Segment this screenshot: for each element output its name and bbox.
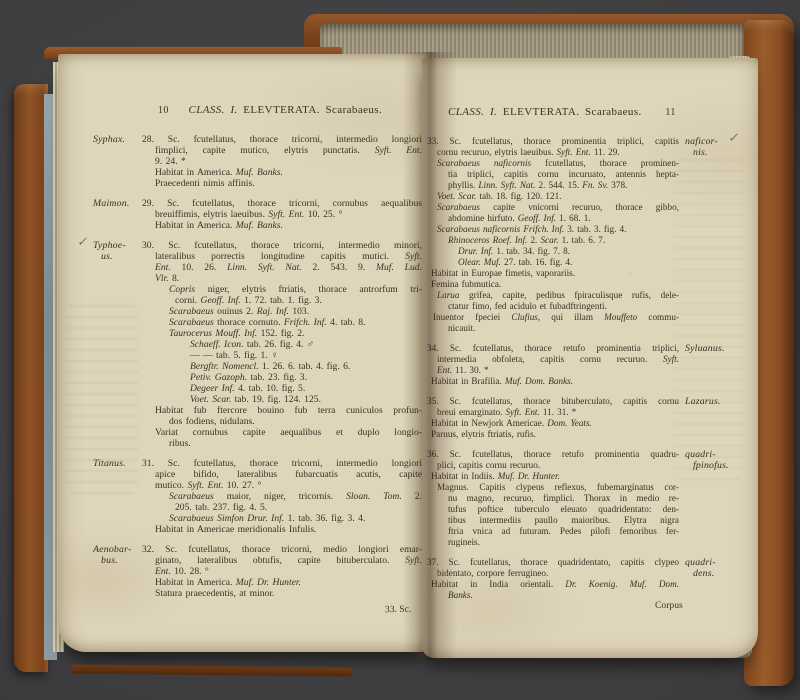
text-line: Scarabaeus maior, niger, tricornis. Sloa…	[142, 491, 422, 502]
text-line: Bergftr. Nomencl. 1. 26. 6. tab. 4. fig.…	[142, 361, 422, 372]
text-line: bidentato, corpore ferrugineo.dens.	[427, 568, 679, 579]
text-line: Vlr. 8.	[142, 273, 422, 284]
right-page-text-block: 33. Sc. fcutellatus, thorace prominentia…	[427, 136, 679, 601]
margin-species-label: dens.	[693, 568, 763, 579]
text-line: — — tab. 5. fig. 1. ♀	[142, 350, 422, 361]
text-line: Degeer Inf. 4. tab. 10. fig. 5.	[142, 383, 422, 394]
show-through-text	[674, 150, 744, 480]
text-line: Scarabaeus naficornis fcutellatus, thora…	[427, 158, 679, 169]
text-line: Femina fubmutica.	[427, 279, 679, 290]
text-line: tia triplici, capitis cornu incuruato, a…	[427, 169, 679, 180]
text-line: Petiv. Gazoph. tab. 23. fig. 3.	[142, 372, 422, 383]
book-photo: 10 CLASS. I. ELEVTERATA. Scarabaeus. 28.…	[0, 0, 800, 700]
margin-species-label: Lazarus.	[685, 396, 755, 407]
margin-species-label: Maimon.	[93, 198, 130, 209]
text-line: 37. Sc. fcutellatus, thorace quadridenta…	[427, 557, 679, 568]
left-page-header: 10 CLASS. I. ELEVTERATA. Scarabaeus.	[158, 104, 382, 116]
text-line: mutico. Syft. Ent. 10. 27. °	[142, 480, 422, 491]
margin-species-label: bus.	[101, 555, 118, 566]
text-line: Voet. Scar. tab. 18. fig. 120. 121.	[427, 191, 679, 202]
text-line: Schaeff. Icon. tab. 26. fig. 4. ♂	[142, 339, 422, 350]
right-page: CLASS. I. ELEVTERATA. Scarabaeus. 11 33.…	[422, 58, 758, 658]
text-line: 31. Sc. fcutellatus, thorace tricorni, i…	[142, 458, 422, 469]
margin-species-label: quadri-	[685, 449, 755, 460]
text-line: Habitat in Indiis. Muf. Dr. Hunter.	[427, 471, 679, 482]
text-line: Rhinoceros Roef. Inf. 2. Scar. 1. tab. 6…	[427, 235, 679, 246]
text-line: Scarabaeus Simfon Drur. Inf. 1. tab. 36.…	[142, 513, 422, 524]
text-line: Copris niger, elytris ftriatis, thorace …	[142, 284, 422, 295]
text-line: apice bifido, lateralibus fubarcuatis ac…	[142, 469, 422, 480]
text-line: Ent. 10. 28. °	[142, 566, 422, 577]
text-line: Voet. Scar. tab. 19. fig. 124. 125.	[142, 394, 422, 405]
text-line: 205. tab. 237. fig. 4. 5.	[142, 502, 422, 513]
text-line: 33. Sc. fcutellatus, thorace prominentia…	[427, 136, 679, 147]
text-line: ribus.	[142, 438, 422, 449]
text-line: Olear. Muf. 27. tab. 16. fig. 4.	[427, 257, 679, 268]
text-line: ctatur fimo, fed acidulo et fubadftringe…	[427, 301, 679, 312]
text-line: 30. Sc. fcutellatus, thorace tricorni, i…	[142, 240, 422, 251]
left-running-title: CLASS. I. ELEVTERATA. Scarabaeus.	[188, 104, 382, 116]
margin-species-label: us.	[101, 251, 113, 262]
margin-species-label: Aenobar-	[93, 544, 131, 555]
text-line: Scarabaeus capite vnicorni recuruo, thor…	[427, 202, 679, 213]
text-line: Taurocerus Mouff. Inf. 152. fig. 2.	[142, 328, 422, 339]
margin-species-label: quadri-	[685, 557, 755, 568]
text-line: tibus intermediis paullo maioribus. Elyt…	[427, 515, 679, 526]
text-line: Ent. 10. 26. Linn. Syft. Nat. 2. 543. 9.…	[142, 262, 422, 273]
text-line: Statura praecedentis, at minor.	[142, 588, 422, 599]
text-line: Scarabaeus ouinus 2. Raj. Inf. 103.	[142, 306, 422, 317]
text-line: cornu recuruo, elytris laeuibus. Syft. E…	[427, 147, 679, 158]
left-page: 10 CLASS. I. ELEVTERATA. Scarabaeus. 28.…	[58, 54, 430, 652]
text-line: Inuentor fpeciei Clufius, qui illam Mouf…	[427, 312, 679, 323]
text-line: rugineis.	[427, 537, 679, 548]
text-line: corni. Geoff. Inf. 1. 72. tab. 1. fig. 3…	[142, 295, 422, 306]
text-line: plici, capitis cornu recuruo.fpinofus.	[427, 460, 679, 471]
text-line: 32. Sc. fcutellatus, thorace tricorni, m…	[142, 544, 422, 555]
text-line: 28. Sc. fcutellatus, thorace tricorni, i…	[142, 134, 422, 145]
text-line: fimplici, capite mutico, elytris punctat…	[142, 145, 422, 156]
text-line: Drur. Inf. 1. tab. 34. fig. 7. 8.	[427, 246, 679, 257]
left-catchword: 33. Sc.	[385, 604, 412, 615]
text-line: Scarabaeus naficornis Frifch. Inf. 3. ta…	[427, 224, 679, 235]
left-page-number: 10	[158, 105, 169, 116]
text-line: Paruus, elytris ftriatis, rufis.	[427, 429, 679, 440]
text-line: Variat cornubus capite aequalibus et dup…	[142, 427, 422, 438]
text-line: dos fodiens, nidulans.	[142, 416, 422, 427]
text-line: Habitat in Newjork Americae. Dom. Yeats.	[427, 418, 679, 429]
text-line: Magnus. Capitis clypeus reflexus, fubema…	[427, 482, 679, 493]
margin-species-label: naficor-	[685, 136, 755, 147]
text-line: tufus poftice tuberculo eleuato quadride…	[427, 504, 679, 515]
text-line: breuiffimis, elytris laeuibus. Syft. Ent…	[142, 209, 422, 220]
text-line: nicauit.	[427, 323, 679, 334]
text-line: abdomine hirfuto. Geoff. Inf. 1. 68. 1.	[427, 213, 679, 224]
right-catchword: Corpus	[655, 600, 683, 611]
text-line: ftria vnica ad futuram. Pedes pilofi fem…	[427, 526, 679, 537]
text-line: 29. Sc. fcutellatus, thorace tricorni, c…	[142, 198, 422, 209]
right-running-title: CLASS. I. ELEVTERATA. Scarabaeus.	[448, 106, 642, 118]
text-line: Scarabaeus thorace cornuto. Frifch. Inf.…	[142, 317, 422, 328]
text-line: 9. 24. *	[142, 156, 422, 167]
text-line: nu magno, recuruo, fimplici. Thorax in m…	[427, 493, 679, 504]
text-line: phyllis. Linn. Syft. Nat. 2. 544. 15. Fn…	[427, 180, 679, 191]
text-line: Habitat in America. Muf. Dr. Hunter.	[142, 577, 422, 588]
text-line: intermedia obfoleta, capitis cornu recur…	[427, 354, 679, 365]
right-page-number: 11	[665, 107, 675, 118]
margin-species-label: Titanus.	[93, 458, 126, 469]
text-line: Habitat in America. Muf. Banks.	[142, 167, 422, 178]
right-page-header: CLASS. I. ELEVTERATA. Scarabaeus. 11	[448, 106, 676, 118]
text-line: 34. Sc. fcutellatus, thorace retufo prom…	[427, 343, 679, 354]
left-bottom-leather-edge	[72, 665, 352, 677]
margin-species-label: Syphax.	[93, 134, 125, 145]
margin-species-label: Syluanus.	[685, 343, 755, 354]
text-line: breui emarginato. Syft. Ent. 11. 31. *	[427, 407, 679, 418]
text-line: Banks.	[427, 590, 679, 601]
margin-species-label: fpinofus.	[693, 460, 763, 471]
text-line: Habitat fub ftercore bouino fub terra cu…	[142, 405, 422, 416]
margin-species-label: Typhoe-	[93, 240, 126, 251]
text-line: 35. Sc. fcutellatus, thorace bitubercula…	[427, 396, 679, 407]
text-line: Ent. 11. 30. *	[427, 365, 679, 376]
text-line: Larua grifea, capite, pedibus fpiraculis…	[427, 290, 679, 301]
text-line: Habitat in America. Muf. Banks.	[142, 220, 422, 231]
text-line: Habitat in Americae meridionalis Infulis…	[142, 524, 422, 535]
text-line: 36. Sc. fcutellatus, thorace retufo prom…	[427, 449, 679, 460]
text-line: Praecedenti nimis affinis.	[142, 178, 422, 189]
text-line: Habitat in Europae fimetis, vaporariis.	[427, 268, 679, 279]
margin-species-label: nis.	[693, 147, 763, 158]
text-line: Habitat in India orientali. Dr. Koenig. …	[427, 579, 679, 590]
text-line: ginato, lateralibus obtufis, capite bitu…	[142, 555, 422, 566]
text-line: lateralibus porrectis longitudine capiti…	[142, 251, 422, 262]
text-line: Habitat in Brafilia. Muf. Dom. Banks.	[427, 376, 679, 387]
left-page-text-block: 28. Sc. fcutellatus, thorace tricorni, i…	[142, 134, 422, 599]
handwritten-checkmark: ✓	[75, 236, 89, 249]
left-cover-leather	[14, 84, 48, 672]
